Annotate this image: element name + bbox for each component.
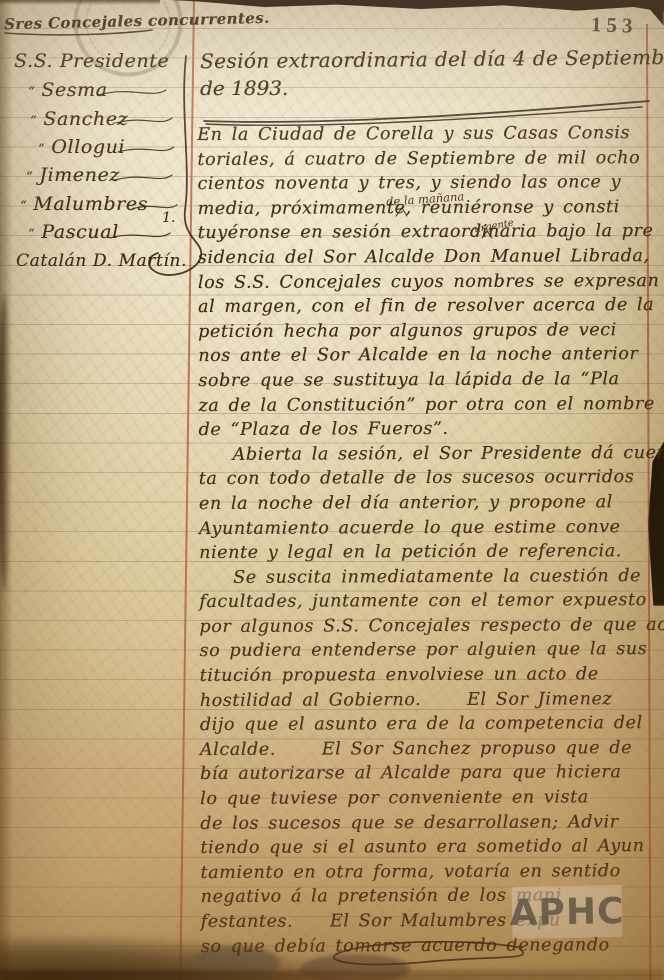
body-line: so pudiera entenderse por alguien que la… [199, 637, 655, 664]
attendee-row: “Pascual [28, 221, 119, 243]
ditto-mark: “ [20, 199, 27, 214]
archive-watermark: APHC [512, 885, 623, 939]
session-title-line1: Sesión extraordinaria del día 4 de Septi… [200, 45, 664, 73]
body-line: lo que tuviese por conveniente en vista [200, 785, 656, 812]
ditto-mark: “ [38, 142, 45, 157]
body-line: Ayuntamiento acuerde lo que estime conve [199, 515, 655, 542]
body-line: de los sucesos que se desarrollasen; Adv… [200, 810, 656, 837]
attendee-row: “Malumbres [20, 193, 148, 215]
body-line: por algunos S.S. Concejales respecto de … [199, 613, 655, 640]
body-line: los S.S. Concejales cuyos nombres se exp… [198, 269, 654, 296]
attendee-row: “Sanchez [30, 108, 128, 130]
margin-brace-note: 1. [162, 210, 175, 226]
page-number: 153 [591, 12, 638, 39]
body-line: al margen, con el fin de resolver acerca… [198, 293, 654, 320]
body-line: En la Ciudad de Corella y sus Casas Cons… [197, 121, 653, 148]
minutes-body: En la Ciudad de Corella y sus Casas Cons… [197, 121, 657, 959]
body-line: tuyéronse en sesión extraordinaria bajo … [198, 219, 654, 246]
attendee-row: Catalán D. Martín. [10, 251, 187, 271]
margin-header: Sres Concejales concurrentes. [4, 9, 270, 33]
body-line: toriales, á cuatro de Septiembre de mil … [197, 146, 653, 173]
body-line: petición hecha por algunos grupos de vec… [198, 318, 654, 345]
body-line: sidencia del Sor Alcalde Don Manuel Libr… [198, 244, 654, 271]
session-title-line2: de 1893. [200, 76, 288, 100]
body-line: facultades, juntamente con el temor expu… [199, 588, 655, 615]
red-margin-rule-left [179, 0, 195, 980]
ditto-mark: “ [30, 114, 37, 129]
attendee-name: Ollogui [51, 136, 125, 158]
body-line: hostilidad al Gobierno. El Sor Jimenez [200, 687, 656, 714]
manuscript-page-photo: Sres Concejales concurrentes. S.S. Presi… [0, 0, 664, 980]
attendee-name: Sesma [41, 79, 107, 101]
body-line: Abierta la sesión, el Sor Presidente dá … [199, 441, 655, 468]
attendee-name: S.S. Presidente [14, 50, 169, 72]
body-line: en la noche del día anterior, y propone … [199, 490, 655, 517]
body-line: titución propuesta envolviese un acto de [200, 662, 656, 689]
attendee-name: Pascual [41, 221, 119, 243]
body-line: Se suscita inmediatamente la cuestión de [199, 564, 655, 591]
ditto-mark: “ [28, 227, 35, 242]
body-line: bía autorizarse al Alcalde para que hici… [200, 760, 656, 787]
attendee-row: “Jimenez [26, 164, 120, 186]
attendee-row: S.S. Presidente [8, 50, 169, 72]
attendee-name: Jimenez [39, 164, 120, 186]
attendee-name: Sanchez [43, 108, 128, 130]
ditto-mark: “ [26, 170, 33, 185]
binding-shadow-left [0, 295, 10, 590]
dark-page-edge-bottom [0, 970, 664, 980]
body-line: sobre que se sustituya la lápida de la “… [198, 367, 654, 394]
body-line: de “Plaza de los Fueros”. [198, 416, 654, 443]
body-line: dijo que el asunto era de la competencia… [200, 711, 656, 738]
ditto-mark: “ [28, 85, 35, 100]
body-line: niente y legal en la petición de referen… [199, 539, 655, 566]
body-line: tiendo que si el asunto era sometido al … [200, 834, 656, 861]
attendee-name: Catalán D. Martín. [16, 251, 187, 271]
body-line: nos ante el Sor Alcalde en la noche ante… [198, 342, 654, 369]
attendee-name: Malumbres [33, 193, 148, 215]
body-line: za de la Constitución” por otra con el n… [198, 392, 654, 419]
body-line: Alcalde. El Sor Sanchez propuso que de [200, 736, 656, 763]
attendee-row: “Sesma [28, 79, 108, 101]
body-line: tamiento en otra forma, votaría en senti… [200, 859, 656, 886]
body-line: ta con todo detalle de los sucesos ocurr… [199, 465, 655, 492]
attendee-row: “Ollogui [38, 136, 125, 158]
